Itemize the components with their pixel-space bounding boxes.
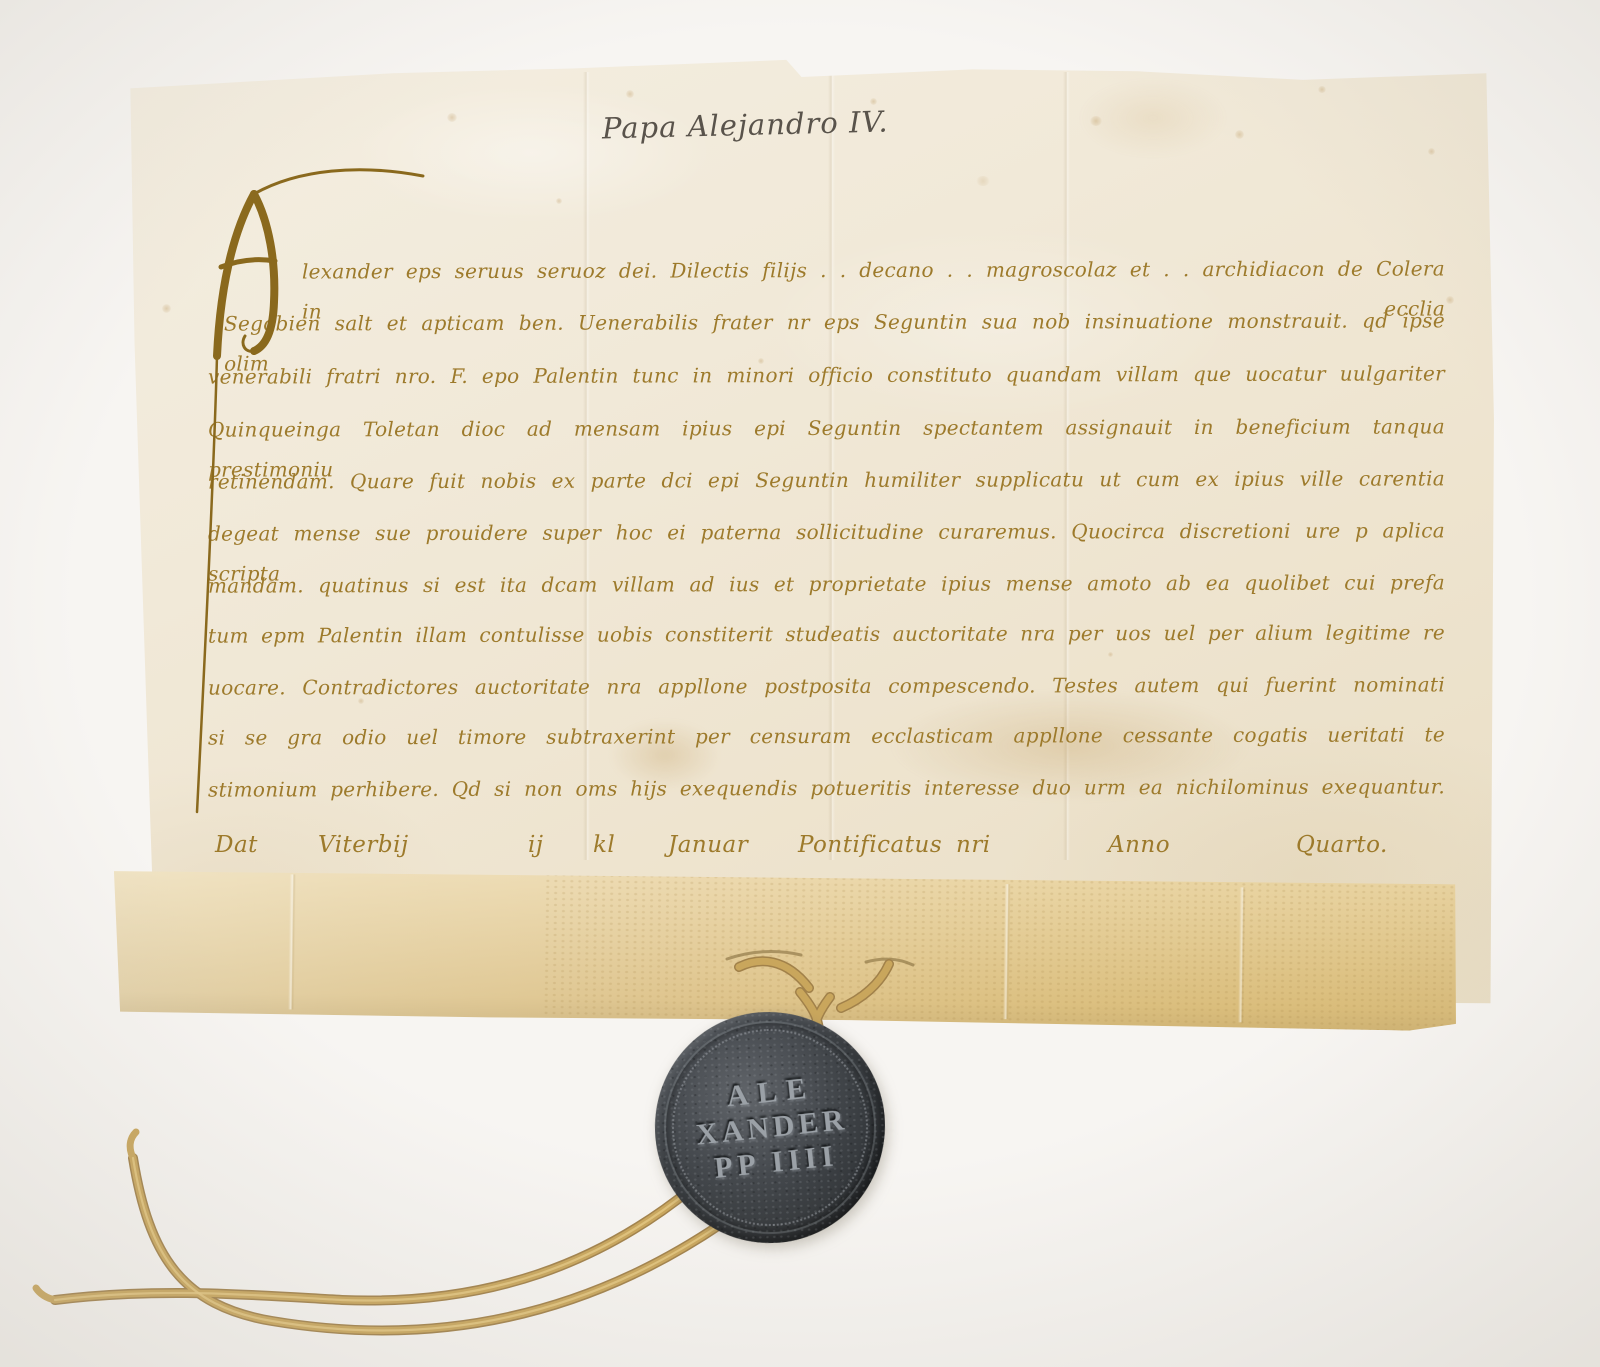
initial-letter-value: A <box>0 0 1 1</box>
charter-text-line: tum epm Palentin illam contulisse uobis … <box>208 612 1445 655</box>
charter-text-line: mandam. quatinus si est ita dcam villam … <box>208 562 1445 605</box>
dateline-word: Dat <box>215 832 258 858</box>
foxing-spot <box>556 198 562 204</box>
foxing-spot <box>1235 130 1244 139</box>
foxing-spot <box>1318 86 1326 93</box>
charter-dateline: Dat Viterbij ij kl Januar Pontificatus n… <box>0 832 1600 878</box>
foxing-spot <box>447 113 457 122</box>
foxing-spot <box>976 176 990 186</box>
foxing-spot <box>162 304 171 313</box>
seal-legend: ALE XANDER PP IIII <box>644 1001 897 1255</box>
photo-background: Papa Alejandro IV. lexander eps seruus s… <box>0 0 1600 1367</box>
dateline-word: Viterbij <box>318 832 409 858</box>
dateline-word: Anno <box>1108 832 1170 858</box>
dateline-word: nri <box>956 832 991 858</box>
dateline-word: Quarto. <box>1296 832 1388 858</box>
dateline-word: Januar <box>668 832 748 858</box>
parchment-plica <box>112 866 1458 1031</box>
charter-text-line: retinendam. Quare fuit nobis ex parte dc… <box>208 458 1445 501</box>
plica-grain <box>542 872 1458 1031</box>
dateline-word: Pontificatus <box>798 832 942 858</box>
dateline-word: ij <box>528 832 544 858</box>
foxing-spot <box>626 90 634 98</box>
charter-text-line: venerabili fratri nro. F. epo Palentin t… <box>208 353 1445 396</box>
papal-seal: ALE XANDER PP IIII <box>651 1008 889 1247</box>
foxing-spot <box>1428 148 1435 155</box>
plica-crease <box>288 874 296 1009</box>
charter-text-line: si se gra odio uel timore subtraxerint p… <box>208 714 1445 757</box>
foxing-spot <box>1446 296 1454 304</box>
archival-annotation: Papa Alejandro IV. <box>602 105 889 146</box>
dateline-word: kl <box>593 832 615 858</box>
charter-text-line: stimonium perhibere. Qd si non oms hijs … <box>208 766 1445 809</box>
charter-text-line: uocare. Contradictores auctoritate nra a… <box>208 664 1445 707</box>
foxing-spot <box>1501 636 1508 643</box>
parchment-stain <box>1078 78 1228 158</box>
